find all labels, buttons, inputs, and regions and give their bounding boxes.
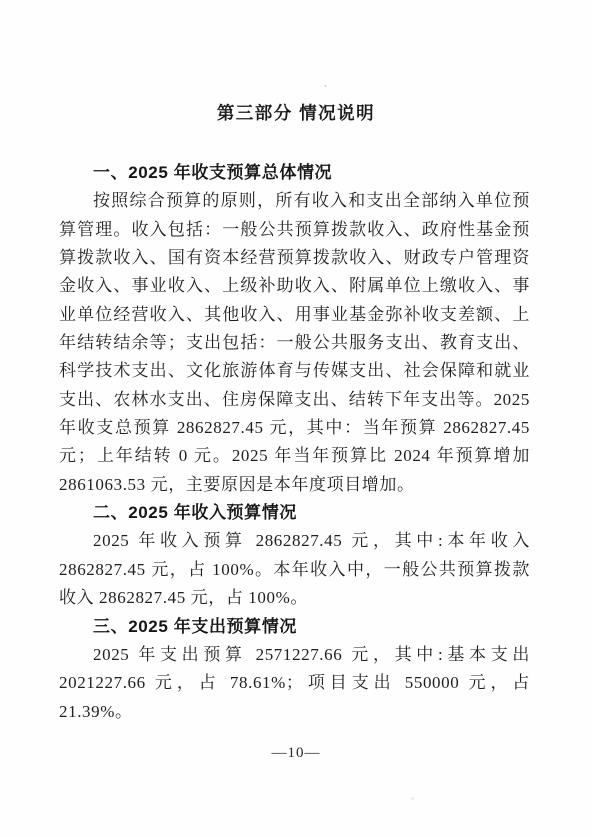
page-title: 第三部分 情况说明 bbox=[0, 100, 592, 125]
scan-speck bbox=[324, 85, 327, 87]
section-heading: 一、2025 年收支预算总体情况 bbox=[59, 159, 530, 187]
section-heading: 三、2025 年支出预算情况 bbox=[59, 613, 530, 641]
document-body: 一、2025 年收支预算总体情况按照综合预算的原则，所有收入和支出全部纳入单位预… bbox=[59, 159, 530, 726]
scan-speck bbox=[411, 797, 414, 800]
body-paragraph: 按照综合预算的原则，所有收入和支出全部纳入单位预算管理。收入包括：一般公共预算拨… bbox=[59, 187, 530, 499]
page-number: —10— bbox=[0, 745, 592, 762]
body-paragraph: 2025 年支出预算 2571227.66 元，其中:基本支出 2021227.… bbox=[59, 641, 530, 726]
document-page: 第三部分 情况说明 一、2025 年收支预算总体情况按照综合预算的原则，所有收入… bbox=[0, 0, 592, 837]
body-paragraph: 2025 年收入预算 2862827.45 元，其中:本年收入 2862827.… bbox=[59, 527, 530, 612]
section-heading: 二、2025 年收入预算情况 bbox=[59, 499, 530, 527]
